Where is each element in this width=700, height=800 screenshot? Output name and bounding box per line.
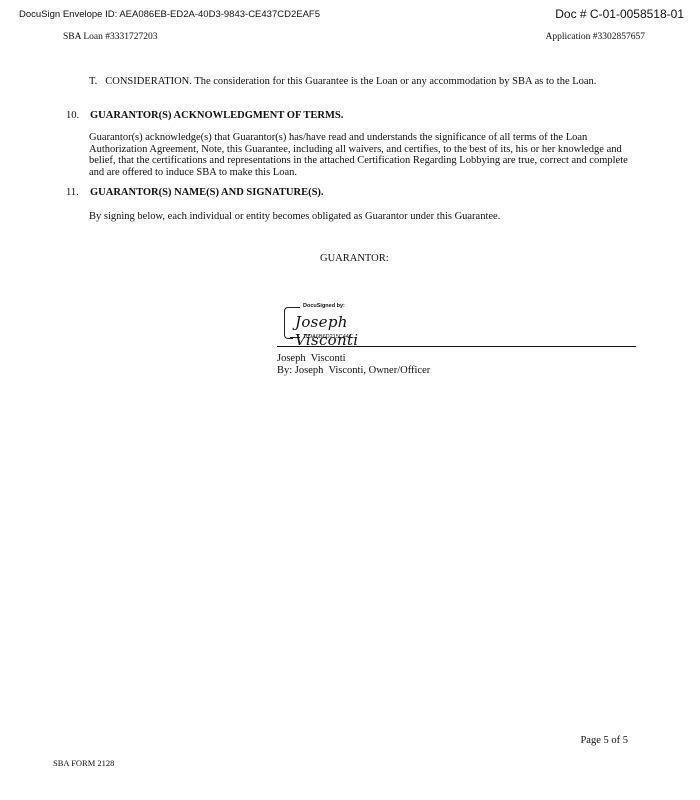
- signature-bracket-top: [290, 307, 300, 308]
- section-11-number: 11.: [66, 187, 90, 198]
- handwritten-signature: Joseph Visconti: [295, 313, 394, 349]
- application-number: Application #3302857657: [546, 32, 645, 42]
- docusign-signature-box: DocuSigned by: Joseph Visconti 169A6B6D2…: [284, 303, 394, 341]
- section-10-title: GUARANTOR(S) ACKNOWLEDGMENT OF TERMS.: [90, 110, 343, 121]
- doc-number: Doc # C-01-0058518-01: [555, 7, 684, 21]
- section-11-heading: 11.GUARANTOR(S) NAME(S) AND SIGNATURE(S)…: [66, 187, 324, 198]
- section-t-label: T.: [89, 76, 97, 87]
- section-t: T.CONSIDERATION. The consideration for t…: [89, 76, 629, 88]
- form-number: SBA FORM 2128: [53, 758, 114, 768]
- section-10-text: Guarantor(s) acknowledge(s) that Guarant…: [89, 132, 634, 178]
- envelope-id: DocuSign Envelope ID: AEA086EB-ED2A-40D3…: [19, 9, 320, 20]
- section-11-title: GUARANTOR(S) NAME(S) AND SIGNATURE(S).: [90, 187, 324, 198]
- section-11-text: By signing below, each individual or ent…: [89, 211, 609, 223]
- signer-name: Joseph Visconti: [277, 353, 346, 364]
- docusigned-by-label: DocuSigned by:: [303, 303, 345, 309]
- signature-hash: 169A6B6D215C44C...: [303, 334, 357, 340]
- guarantor-label: GUARANTOR:: [320, 253, 389, 264]
- signer-title: By: Joseph Visconti, Owner/Officer: [277, 365, 430, 376]
- section-10-heading: 10.GUARANTOR(S) ACKNOWLEDGMENT OF TERMS.: [66, 110, 343, 121]
- signature-bracket: [284, 307, 293, 339]
- sba-loan-number: SBA Loan #3331727203: [63, 32, 157, 42]
- section-10-number: 10.: [66, 110, 90, 121]
- signature-line: [277, 346, 636, 347]
- page-number: Page 5 of 5: [580, 735, 628, 746]
- section-t-text: CONSIDERATION. The consideration for thi…: [105, 76, 596, 87]
